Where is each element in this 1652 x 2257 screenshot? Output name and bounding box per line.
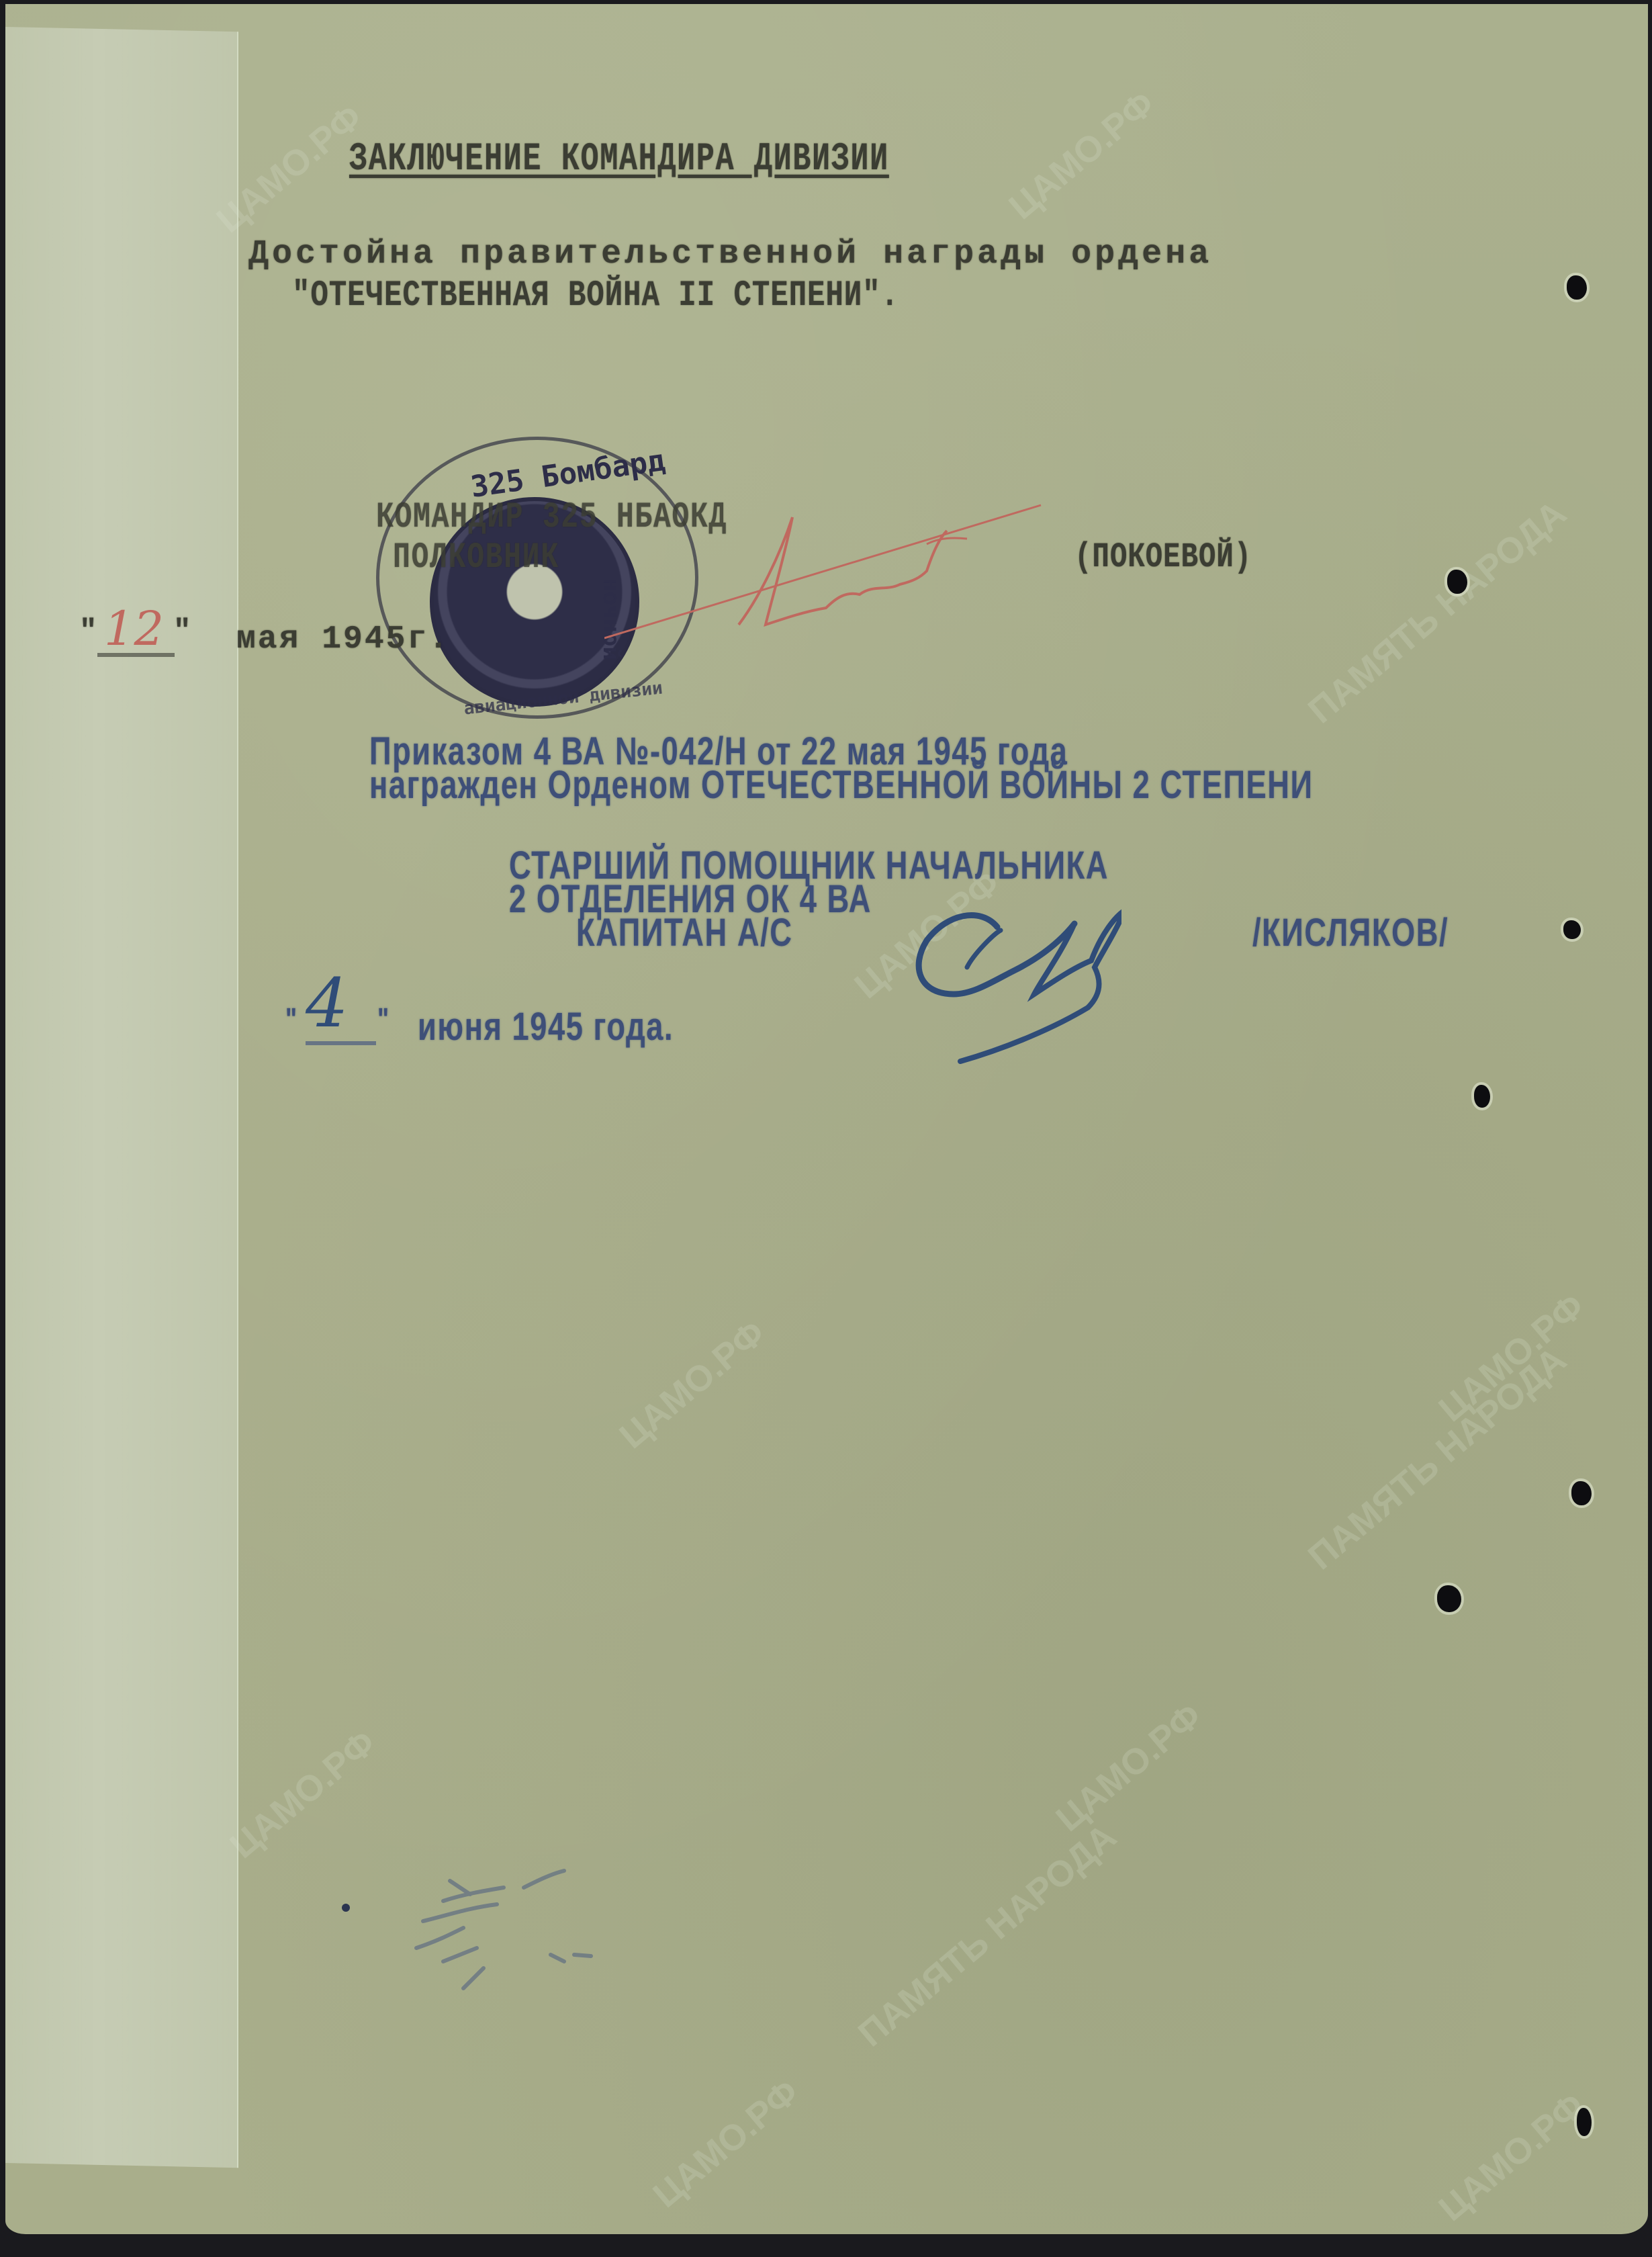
day-underline (97, 653, 175, 657)
blue-signature (900, 893, 1121, 1068)
signatory-rank: ПОЛКОВНИК (393, 537, 559, 578)
punch-hole (1571, 1481, 1592, 1505)
quote-close-2: " (377, 1001, 390, 1037)
red-signature (604, 497, 1074, 658)
conclusion-line-2: "ОТЕЧЕСТВЕННАЯ ВОЙНА II СТЕПЕНИ". (292, 275, 899, 316)
punch-hole (1474, 1085, 1490, 1108)
quote-close: " (173, 615, 195, 648)
punch-hole (1577, 2108, 1592, 2136)
conclusion-line-1: Достойна правительственной награды орден… (248, 235, 1212, 273)
date-month-year: мая 1945г. (236, 621, 450, 658)
punch-hole (1567, 275, 1587, 300)
signatory-name: (ПОКОЕВОЙ) (1074, 537, 1252, 577)
official-title-line-3: КАПИТАН А/С (576, 910, 792, 955)
official-name: /КИСЛЯКОВ/ (1252, 910, 1449, 955)
punch-hole (1437, 1585, 1461, 1612)
quote-open: " (79, 615, 101, 648)
punch-hole (1447, 570, 1467, 594)
document-header: ЗАКЛЮЧЕНИЕ КОМАНДИРА ДИВИЗИИ (349, 138, 889, 181)
day-underline-2 (306, 1041, 376, 1045)
date-2-month-year: июня 1945 года. (418, 1004, 674, 1049)
paper-flap (5, 27, 238, 2168)
order-line-2: награжден Орденом ОТЕЧЕСТВЕННОЙ ВОЙНЫ 2 … (369, 762, 1314, 807)
document-page (5, 4, 1648, 2234)
handwritten-day-2: 4 (306, 964, 349, 1043)
handwritten-day: 12 (104, 601, 164, 656)
punch-hole (1563, 920, 1581, 939)
quote-open-2: " (285, 1001, 298, 1037)
ink-smudge (309, 1841, 604, 2002)
